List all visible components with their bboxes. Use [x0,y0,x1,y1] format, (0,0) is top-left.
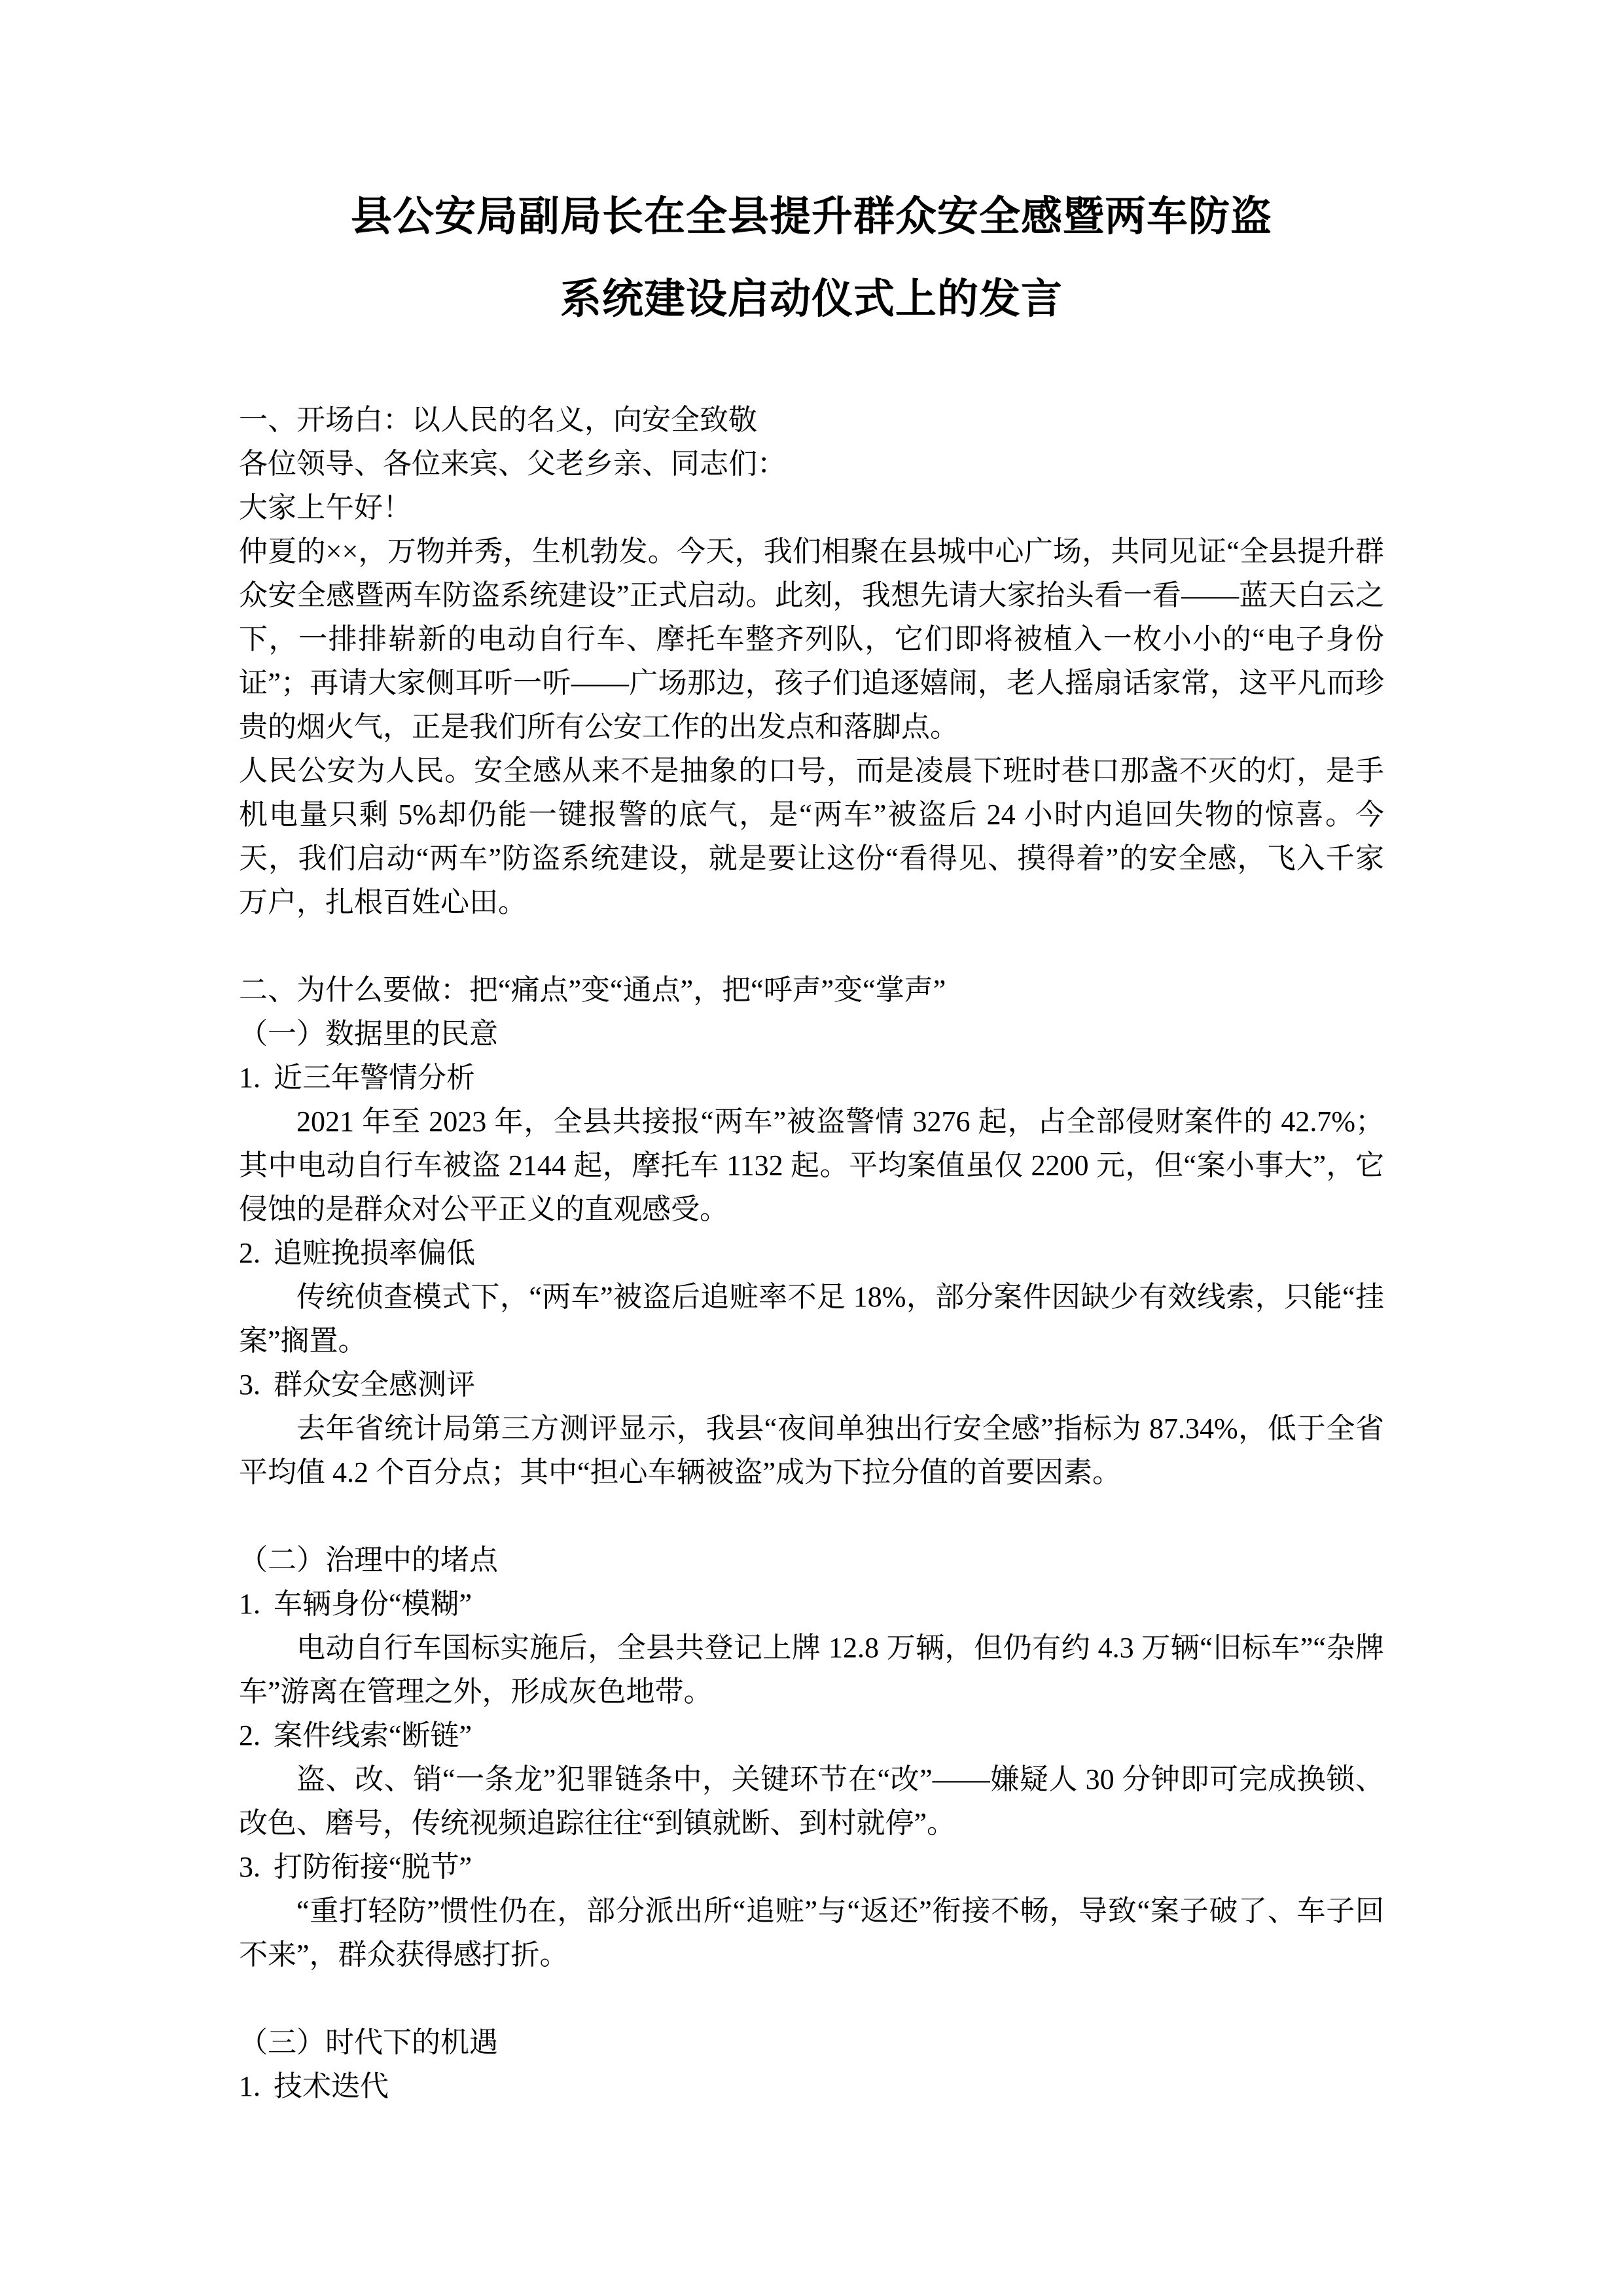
paragraph: “重打轻防”惯性仍在，部分派出所“追赃”与“返还”衔接不畅，导致“案子破了、车子… [239,1889,1384,1977]
paragraph: 人民公安为人民。安全感从来不是抽象的口号，而是凌晨下班时巷口那盏不灭的灯，是手机… [239,749,1384,924]
section-heading: 一、开场白：以人民的名义，向安全致敬 [239,398,1384,442]
numbered-item: 1.车辆身份“模糊” [239,1582,1384,1626]
list-item-text: 近三年警情分析 [274,1062,475,1094]
numbered-item: 2.案件线索“断链” [239,1713,1384,1757]
section-heading: 二、为什么要做：把“痛点”变“通点”，把“呼声”变“掌声” [239,968,1384,1012]
paragraph: 电动自行车国标实施后，全县共登记上牌 12.8 万辆，但仍有约 4.3 万辆“旧… [239,1626,1384,1713]
document-title-line2: 系统建设启动仪式上的发言 [560,276,1063,322]
paragraph: 大家上午好！ [239,486,1384,529]
paragraph: 盗、改、销“一条龙”犯罪链条中，关键环节在“改”——嫌疑人 30 分钟即可完成换… [239,1757,1384,1845]
document-page: 县公安局副局长在全县提升群众安全感暨两车防盗 系统建设启动仪式上的发言 一、开场… [0,0,1623,2296]
paragraph: 仲夏的××，万物并秀，生机勃发。今天，我们相聚在县城中心广场，共同见证“全县提升… [239,529,1384,749]
list-item-text: 追赃挽损率偏低 [274,1237,475,1269]
section-heading: （三）时代下的机遇 [239,2020,1384,2064]
list-item-text: 案件线索“断链” [274,1719,472,1751]
numbered-item: 1.技术迭代 [239,2064,1384,2108]
list-item-text: 车辆身份“模糊” [274,1588,472,1620]
paragraph: 传统侦查模式下，“两车”被盗后追赃率不足 18%，部分案件因缺少有效线索，只能“… [239,1275,1384,1363]
list-item-text: 技术迭代 [274,2070,389,2102]
section-heading: （二）治理中的堵点 [239,1538,1384,1582]
section-heading: （一）数据里的民意 [239,1012,1384,1056]
list-number: 1. [239,2070,260,2102]
document-title: 县公安局副局长在全县提升群众安全感暨两车防盗 系统建设启动仪式上的发言 [239,175,1384,340]
paragraph: 2021 年至 2023 年，全县共接报“两车”被盗警情 3276 起，占全部侵… [239,1100,1384,1231]
list-number: 3. [239,1851,260,1883]
paragraph: 各位领导、各位来宾、父老乡亲、同志们： [239,442,1384,486]
list-number: 2. [239,1719,260,1751]
list-number: 1. [239,1062,260,1094]
document-title-line1: 县公安局副局长在全县提升群众安全感暨两车防盗 [351,194,1272,240]
list-number: 1. [239,1588,260,1620]
list-item-text: 群众安全感测评 [274,1369,475,1401]
list-number: 3. [239,1369,260,1401]
numbered-item: 2.追赃挽损率偏低 [239,1231,1384,1275]
document-body: 一、开场白：以人民的名义，向安全致敬各位领导、各位来宾、父老乡亲、同志们：大家上… [239,398,1384,2108]
paragraph: 去年省统计局第三方测评显示，我县“夜间单独出行安全感”指标为 87.34%，低于… [239,1407,1384,1494]
numbered-item: 3.群众安全感测评 [239,1363,1384,1407]
numbered-item: 3.打防衔接“脱节” [239,1845,1384,1889]
list-item-text: 打防衔接“脱节” [274,1851,472,1883]
numbered-item: 1.近三年警情分析 [239,1056,1384,1100]
list-number: 2. [239,1237,260,1269]
